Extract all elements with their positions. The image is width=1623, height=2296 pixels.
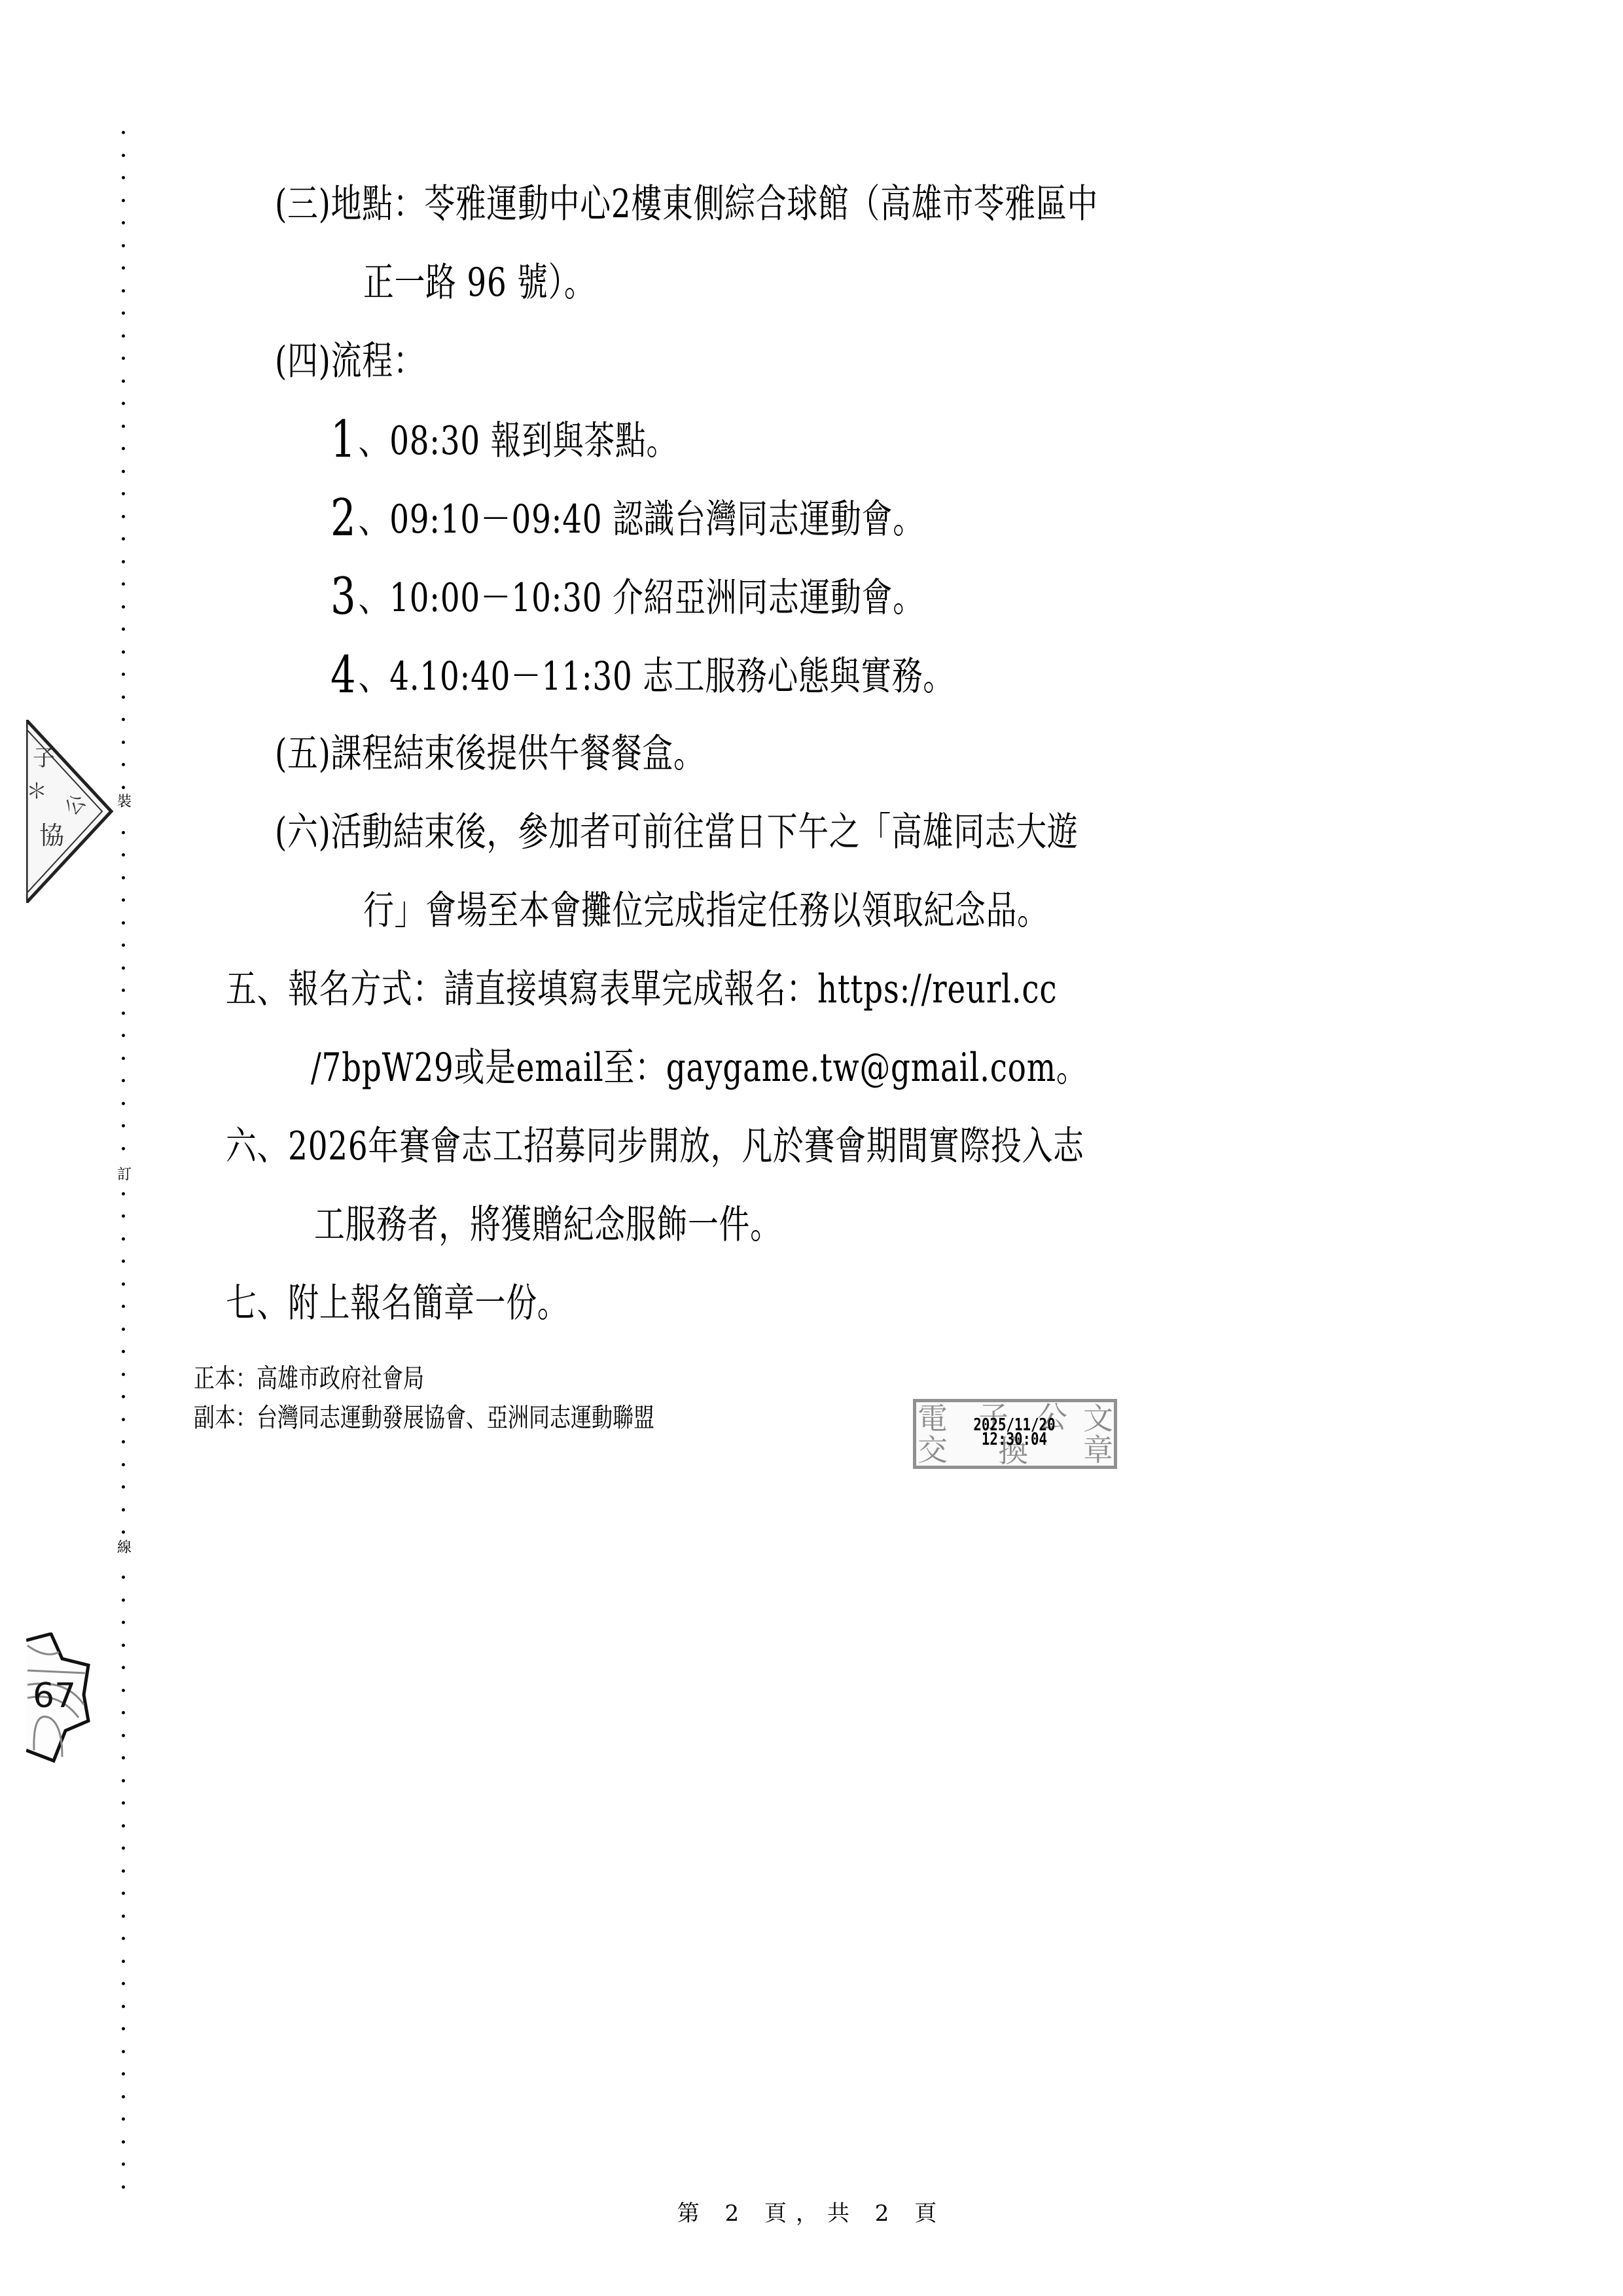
binding-dot: [122, 1915, 125, 1918]
binding-dot: [122, 605, 125, 609]
svg-text:＊: ＊: [26, 779, 47, 804]
binding-dot: [122, 1846, 125, 1850]
binding-dot: [122, 1418, 125, 1421]
binding-dot: [122, 402, 125, 405]
binding-dot: [122, 2050, 125, 2053]
binding-dot: [122, 1598, 125, 1602]
svg-text:子: 子: [33, 745, 55, 771]
binding-dot: [122, 831, 125, 834]
binding-dot: [122, 921, 125, 925]
schedule-item-number: 1: [330, 416, 356, 463]
binding-dot: [122, 1530, 125, 1534]
binding-dot: [122, 1079, 125, 1082]
binding-dot: [122, 199, 125, 202]
volunteer-line-1: 六、2026年賽會志工招募同步開放，凡於賽會期間實際投入志: [226, 1123, 1084, 1170]
binding-dot: [122, 1012, 125, 1015]
binding-dot: [122, 1260, 125, 1263]
binding-dot: [122, 1689, 125, 1692]
binding-dot: [122, 741, 125, 744]
binding-dot: [122, 334, 125, 338]
schedule-item-text: 、4.10:40－11:30 志工服務心態與實務。: [359, 654, 954, 699]
after-event-line-2: 行」會場至本會攤位完成指定任務以領取紀念品。: [363, 887, 1048, 934]
binding-dot: [122, 853, 125, 857]
binding-dot: [122, 1508, 125, 1511]
binding-dot: [122, 898, 125, 902]
binding-dot: [122, 2140, 125, 2144]
schedule-item: 1、08:30 報到與茶點。: [330, 416, 677, 465]
schedule-item: 4、4.10:40－11:30 志工服務心態與實務。: [330, 652, 954, 700]
binding-dot: [122, 1102, 125, 1105]
stamp-char: 章: [1083, 1435, 1113, 1465]
binding-dot: [122, 1937, 125, 1940]
location-line-2: 正一路 96 號）。: [363, 259, 596, 306]
binding-dot: [122, 311, 125, 315]
binding-dot: [122, 1982, 125, 1985]
binding-dot: [122, 1440, 125, 1443]
stamp-char: 電: [918, 1404, 948, 1434]
registration-line-2: /7bpW29或是email至：gaygame.tw@gmail.com。: [311, 1044, 1087, 1091]
binding-dot: [122, 696, 125, 699]
binding-dot: [122, 718, 125, 721]
schedule-item-text: 、10:00－10:30 介紹亞洲同志運動會。: [359, 575, 924, 621]
schedule-item: 3、10:00－10:30 介紹亞洲同志運動會。: [330, 573, 924, 622]
binding-margin: 裝訂線: [115, 131, 131, 2192]
binding-dot: [122, 1305, 125, 1308]
binding-dot: [122, 1869, 125, 1873]
binding-dot: [122, 244, 125, 247]
binding-dot: [122, 1485, 125, 1489]
binding-dot: [122, 1756, 125, 1759]
binding-label: 裝: [116, 795, 132, 809]
registration-line-1: 五、報名方式：請直接填寫表單完成報名：https://reurl.cc: [226, 966, 1057, 1013]
binding-dot: [122, 1779, 125, 1782]
svg-text:協: 協: [39, 821, 64, 850]
binding-dot: [122, 876, 125, 879]
binding-dot: [122, 966, 125, 970]
schedule-item-number: 3: [330, 573, 356, 620]
main-recipient: 正本：高雄市政府社會局: [194, 1363, 424, 1394]
binding-dot: [122, 1734, 125, 1737]
binding-label: 線: [116, 1541, 132, 1555]
seal-wave-icon: 67: [26, 1633, 95, 1763]
after-event-line-1: (六)活動結束後，參加者可前往當日下午之「高雄同志大遊: [275, 809, 1079, 856]
binding-dot: [122, 1711, 125, 1714]
binding-dot: [122, 560, 125, 563]
schedule-heading: (四)流程：: [275, 338, 424, 385]
volunteer-line-2: 工服務者，將獲贈紀念服飾一件。: [314, 1201, 781, 1248]
binding-dot: [122, 1395, 125, 1398]
binding-dot: [122, 2005, 125, 2008]
binding-dot: [122, 1960, 125, 1963]
binding-label: 訂: [116, 1168, 132, 1182]
binding-dot: [122, 221, 125, 224]
binding-dot: [122, 650, 125, 654]
binding-dot: [122, 1282, 125, 1286]
binding-dot: [122, 763, 125, 766]
binding-dot: [122, 2072, 125, 2075]
binding-dot: [122, 1124, 125, 1127]
binding-dot: [122, 1214, 125, 1218]
binding-dot: [122, 1373, 125, 1376]
binding-dot: [122, 470, 125, 473]
binding-dot: [122, 582, 125, 586]
binding-dot: [122, 289, 125, 292]
binding-dot: [122, 944, 125, 947]
binding-dot: [122, 2095, 125, 2098]
binding-dot: [122, 1892, 125, 1895]
binding-dot: [122, 1328, 125, 1331]
binding-dot: [122, 1621, 125, 1624]
schedule-item-number: 4: [330, 652, 356, 699]
attachment-note: 七、附上報名簡章一份。: [226, 1280, 568, 1327]
binding-dot: [122, 786, 125, 789]
binding-dot: [122, 627, 125, 631]
location-line-1: (三)地點：苓雅運動中心2樓東側綜合球館（高雄市苓雅區中: [275, 181, 1098, 228]
binding-dot: [122, 515, 125, 518]
binding-dot: [122, 176, 125, 179]
binding-dot: [122, 1057, 125, 1060]
binding-dot: [122, 1147, 125, 1150]
binding-dot: [122, 1034, 125, 1037]
schedule-item-number: 2: [330, 495, 356, 542]
binding-dot: [122, 2027, 125, 2030]
binding-dot: [122, 1576, 125, 1579]
seal-stamp-icon: 子 公 協 ＊: [26, 720, 118, 903]
schedule-item-text: 、09:10－09:40 認識台灣同志運動會。: [359, 497, 924, 542]
electronic-exchange-stamp: 電 子 公 文 交 換 章 2025/11/20 12:30:04: [913, 1399, 1117, 1469]
stamp-time: 12:30:04: [962, 1431, 1067, 1448]
page-number-footer: 第 2 頁，共 2 頁: [0, 2195, 1623, 2227]
binding-dot: [122, 2185, 125, 2189]
binding-dot: [122, 131, 125, 134]
schedule-item: 2、09:10－09:40 認識台灣同志運動會。: [330, 495, 924, 543]
binding-dot: [122, 266, 125, 270]
binding-dot: [122, 537, 125, 540]
binding-dot: [122, 673, 125, 676]
binding-dot: [122, 1666, 125, 1669]
binding-dot: [122, 1463, 125, 1466]
lunch-note: (五)課程結束後提供午餐餐盒。: [275, 730, 705, 777]
binding-dot: [122, 1192, 125, 1195]
binding-dot: [122, 1644, 125, 1647]
binding-dot: [122, 380, 125, 383]
stamp-char: 交: [918, 1435, 948, 1465]
binding-dot: [122, 989, 125, 992]
binding-dot: [122, 2117, 125, 2121]
copy-recipients: 副本：台灣同志運動發展協會、亞洲同志運動聯盟: [194, 1402, 654, 1434]
binding-dot: [122, 154, 125, 157]
binding-dot: [122, 1801, 125, 1805]
binding-dot: [122, 2163, 125, 2166]
binding-dot: [122, 492, 125, 495]
svg-text:67: 67: [33, 1676, 76, 1716]
schedule-item-text: 、08:30 報到與茶點。: [359, 418, 677, 464]
binding-dot: [122, 425, 125, 428]
binding-dot: [122, 1350, 125, 1353]
binding-dot: [122, 1824, 125, 1828]
binding-dot: [122, 1237, 125, 1241]
binding-dot: [122, 357, 125, 360]
binding-dot: [122, 447, 125, 450]
stamp-char: 文: [1083, 1404, 1113, 1434]
